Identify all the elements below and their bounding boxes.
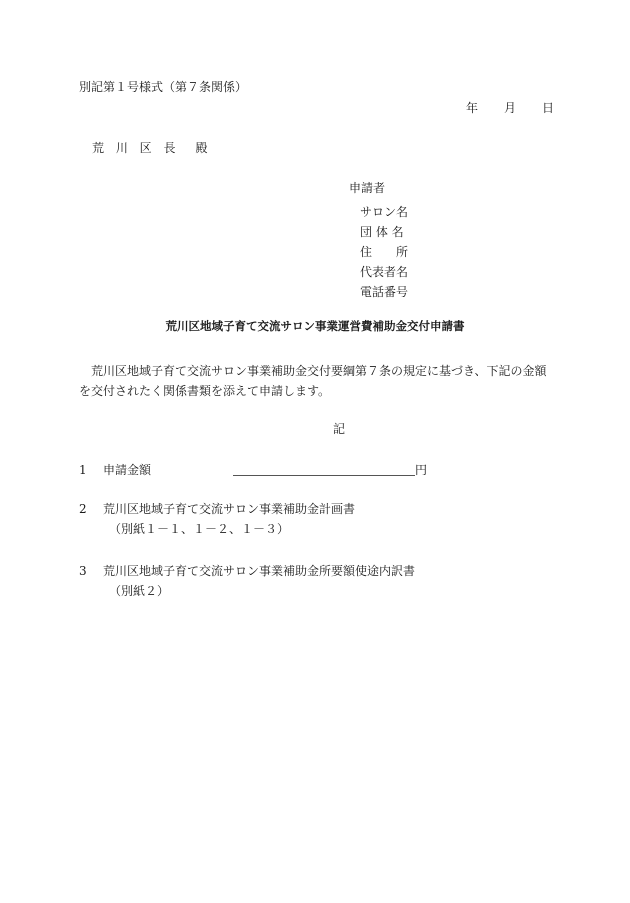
item-number: 1 xyxy=(79,464,103,476)
applicant-field-group-name: 団 体 名 xyxy=(360,222,408,242)
applicant-field-address: 住 所 xyxy=(360,242,408,262)
item-label: 荒川区地域子育て交流サロン事業補助金所要額使途内訳書 xyxy=(103,564,415,578)
item-label: 荒川区地域子育て交流サロン事業補助金計画書 xyxy=(103,502,355,516)
addressee-name: 荒 川 区 長 xyxy=(92,141,179,155)
item-note: （別紙１－１、１－２、１－３） xyxy=(79,523,355,535)
item-plan-document: 2荒川区地域子育て交流サロン事業補助金計画書 （別紙１－１、１－２、１－３） xyxy=(79,503,355,535)
item-label: 申請金額 xyxy=(103,463,151,477)
amount-field[interactable] xyxy=(233,462,415,476)
document-title: 荒川区地域子育て交流サロン事業運営費補助金交付申請書 xyxy=(0,321,630,333)
applicant-fields: サロン名 団 体 名 住 所 代表者名 電話番号 xyxy=(360,202,408,302)
date-line: 年月日 xyxy=(466,102,554,114)
item-number: 3 xyxy=(79,565,103,577)
applicant-field-phone: 電話番号 xyxy=(360,282,408,302)
form-number: 別記第１号様式（第７条関係） xyxy=(79,81,247,93)
date-day-label: 日 xyxy=(542,102,554,114)
applicant-field-salon-name: サロン名 xyxy=(360,202,408,222)
item-number: 2 xyxy=(79,503,103,515)
date-year-label: 年 xyxy=(466,102,478,114)
applicant-field-representative: 代表者名 xyxy=(360,262,408,282)
item-note: （別紙２） xyxy=(79,585,415,597)
item-breakdown-document: 3荒川区地域子育て交流サロン事業補助金所要額使途内訳書 （別紙２） xyxy=(79,565,415,597)
date-month-label: 月 xyxy=(504,102,516,114)
item-application-amount: 1申請金額円 xyxy=(79,462,427,476)
ki-label: 記 xyxy=(0,423,630,435)
yen-unit: 円 xyxy=(415,464,427,476)
honorific: 殿 xyxy=(195,141,207,155)
body-paragraph: 荒川区地域子育て交流サロン事業補助金交付要綱第７条の規定に基づき、下記の金額を交… xyxy=(79,361,554,401)
applicant-label: 申請者 xyxy=(349,182,385,194)
addressee: 荒 川 区 長殿 xyxy=(92,142,207,154)
